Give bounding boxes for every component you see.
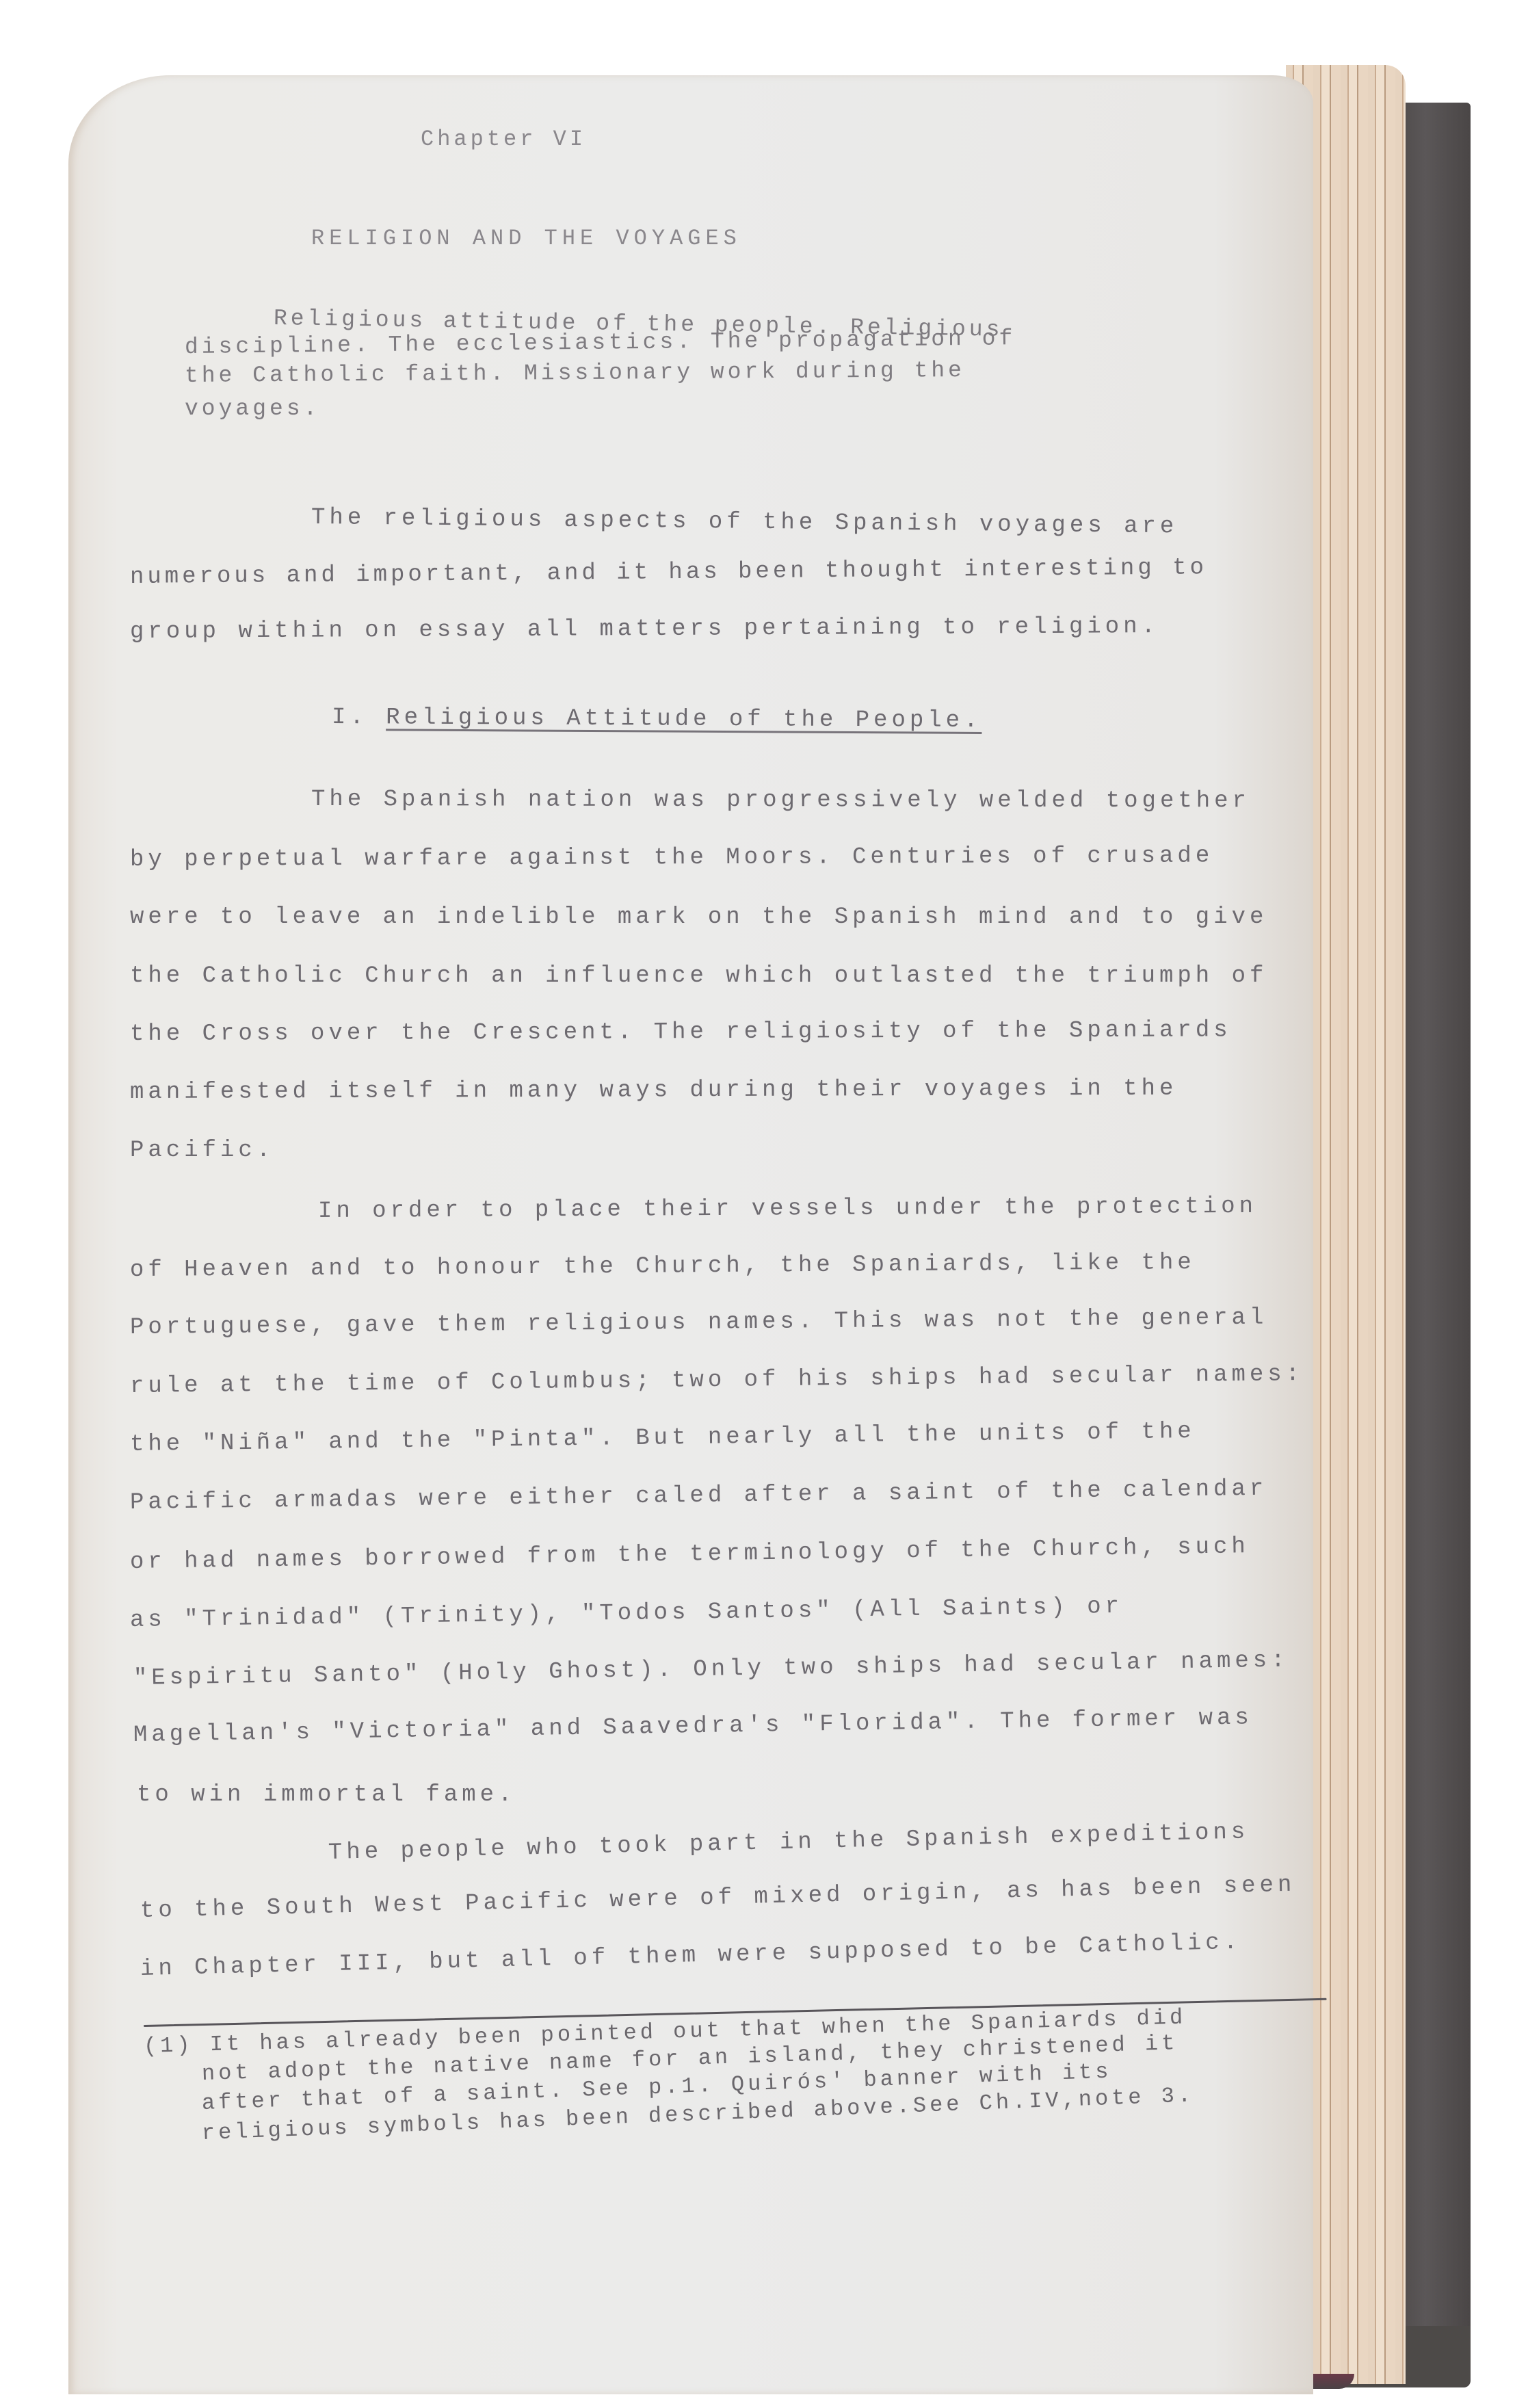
body-line: In order to place their vessels under th…	[318, 1194, 1257, 1225]
body-line: the Catholic Church an influence which o…	[130, 963, 1267, 989]
chapter-label: Chapter VI	[421, 127, 586, 152]
body-line: the Cross over the Crescent. The religio…	[130, 1017, 1232, 1047]
section-heading: I. Religious Attitude of the People.	[332, 705, 982, 734]
summary-line: voyages.	[185, 397, 320, 421]
section-title: Religious Attitude of the People.	[386, 705, 982, 734]
body-line: Pacific.	[130, 1138, 274, 1164]
body-line: to win immortal fame.	[137, 1782, 516, 1808]
body-line: The Spanish nation was progressively wel…	[311, 787, 1250, 814]
intro-line: group within on essay all matters pertai…	[130, 614, 1159, 645]
book-cover	[1395, 103, 1471, 2387]
body-line: manifested itself in many ways during th…	[130, 1076, 1178, 1105]
body-line: were to leave an indelible mark on the S…	[130, 904, 1267, 930]
chapter-title: RELIGION AND THE VOYAGES	[311, 226, 741, 251]
section-number: I.	[332, 705, 368, 731]
body-line: by perpetual warfare against the Moors. …	[130, 843, 1213, 873]
